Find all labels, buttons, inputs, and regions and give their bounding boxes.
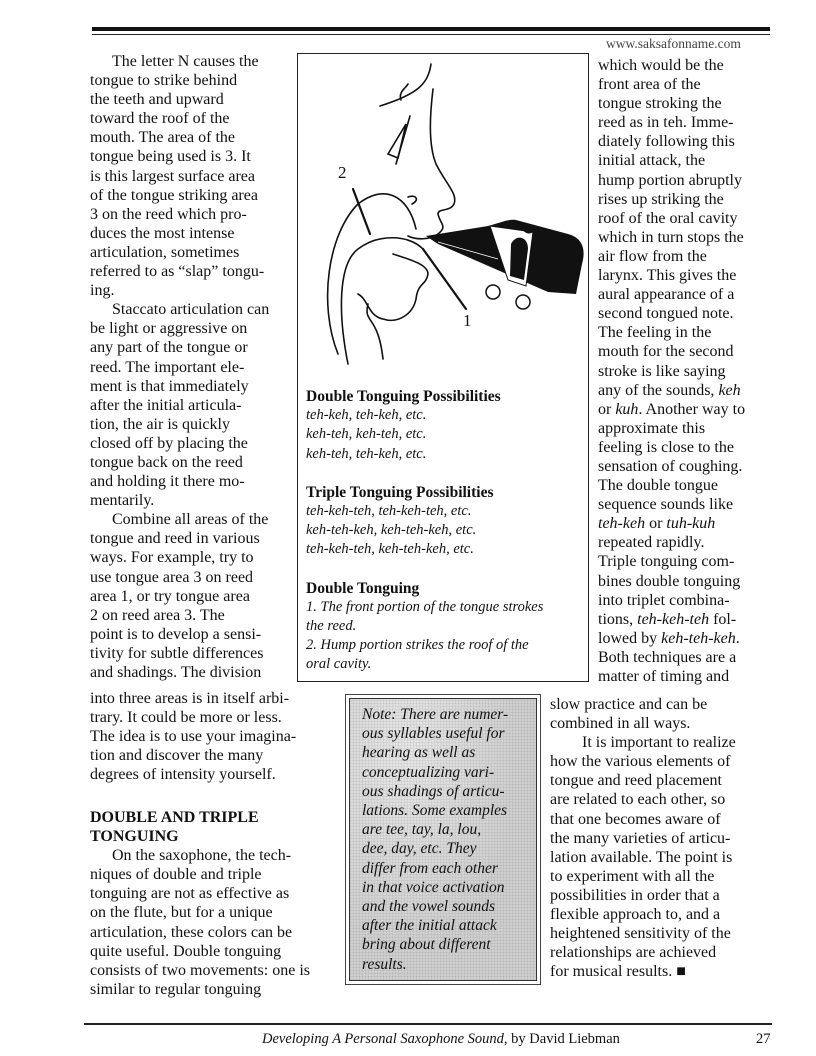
caption-line: teh-keh-teh, teh-keh-teh, etc. (306, 502, 586, 521)
footer-citation: Developing A Personal Saxophone Sound, b… (262, 1031, 620, 1048)
left-column-continued: into three areas is in itself arbi-trary… (90, 689, 340, 784)
text-line: ment is that immediately (90, 378, 249, 395)
label-2: 2 (338, 163, 347, 182)
watermark-url: www.saksafonname.com (606, 36, 741, 52)
text-line: initial attack, the (598, 152, 705, 169)
text-line: dee, day, etc. They (362, 840, 476, 857)
text-line: aural appearance of a (598, 286, 734, 303)
text-line: It is important to realize (582, 734, 736, 751)
paragraph-staccato: Staccato articulation canbe light or agg… (90, 300, 290, 510)
text-line: ous syllables useful for (362, 725, 505, 742)
text-line: tongue being used is 3. It (90, 148, 251, 165)
text-line: trary. It could be more or less. (90, 709, 282, 726)
text-line: is this largest surface area (90, 168, 255, 185)
text-line: The double tongue (598, 477, 718, 494)
left-column: The letter N causes thetongue to strike … (90, 52, 290, 682)
text-line: of the tongue striking area (90, 187, 258, 204)
text-line: after the initial attack (362, 917, 497, 934)
text-line: tongue and reed placement (550, 772, 722, 789)
text-line: Combine all areas of the (112, 511, 268, 528)
caption-line: the reed. (306, 617, 586, 636)
byline: , by David Liebman (504, 1031, 620, 1047)
section-heading: DOUBLE AND TRIPLE TONGUING (90, 808, 345, 846)
text-line: be light or aggressive on (90, 320, 247, 337)
text-line: referred to as “slap” tongu- (90, 263, 264, 280)
text-line: ing. (90, 282, 114, 299)
text-line: heightened sensitivity of the (550, 925, 731, 942)
text-line: tongue stroking the (598, 95, 722, 112)
text-line: bring about different (362, 936, 491, 953)
caption-line: keh-teh, teh-keh, etc. (306, 445, 586, 464)
text-line: tongue to strike behind (90, 72, 237, 89)
paragraph-combine-continued: into three areas is in itself arbi-trary… (90, 689, 340, 784)
text-line: tion, the air is quickly (90, 416, 230, 433)
text-line: and holding it there mo- (90, 473, 245, 490)
text-line: tivity for subtle differences (90, 645, 263, 662)
text-line: Note: There are numer- (362, 706, 508, 723)
paragraph-n-letter: The letter N causes thetongue to strike … (90, 52, 290, 300)
text-line: differ from each other (362, 860, 498, 877)
text-line: Both techniques are a (598, 649, 736, 666)
text-line: point is to develop a sensi- (90, 626, 261, 643)
text-line: slow practice and can be (550, 696, 707, 713)
text-line: approximate this (598, 420, 705, 437)
text-line: air flow from the (598, 248, 707, 265)
text-line: repeated rapidly. (598, 534, 704, 551)
text-line: the many varieties of articu- (550, 830, 730, 847)
caption-line: oral cavity. (306, 655, 586, 674)
text-line: tongue and reed in various (90, 530, 260, 547)
page-number: 27 (756, 1031, 771, 1048)
caption-heading-double-possibilities: Double Tonguing Possibilities (306, 387, 586, 406)
paragraph-realize: It is important to realizehow the variou… (550, 733, 775, 981)
text-line: the teeth and upward (90, 91, 224, 108)
text-line: tonguing are not as effective as (90, 885, 289, 902)
caption-line: keh-teh, keh-teh, etc. (306, 425, 586, 444)
text-line: Triple tonguing com- (598, 553, 734, 570)
text-line: in that voice activation (362, 879, 504, 896)
text-line: 2 on reed area 3. The (90, 607, 225, 624)
text-line: degrees of intensity yourself. (90, 766, 276, 783)
text-line: area 1, or try tongue area (90, 588, 250, 605)
caption-line: teh-keh-teh, keh-teh-keh, etc. (306, 540, 586, 559)
text-line: relationships are achieved (550, 944, 716, 961)
figure-caption: Double Tonguing Possibilities teh-keh, t… (306, 387, 586, 675)
text-line: mentarily. (90, 492, 154, 509)
right-column-bottom: slow practice and can becombined in all … (550, 695, 775, 981)
text-line: niques of double and triple (90, 866, 262, 883)
caption-heading-double-tonguing: Double Tonguing (306, 579, 586, 598)
caption-line: 1. The front portion of the tongue strok… (306, 598, 586, 617)
text-line: mouth. The area of the (90, 129, 235, 146)
text-line: combined in all ways. (550, 715, 690, 732)
label-1: 1 (463, 311, 472, 330)
caption-line: teh-keh, teh-keh, etc. (306, 406, 586, 425)
text-line: which would be the (598, 57, 724, 74)
paragraph-combine: Combine all areas of thetongue and reed … (90, 510, 290, 682)
text-line: similar to regular tonguing (90, 981, 261, 998)
header-rule-thin (92, 34, 770, 35)
note-text: Note: There are numer-ous syllables usef… (349, 698, 537, 981)
text-line: are related to each other, so (550, 791, 725, 808)
text-line: hump portion abruptly (598, 172, 742, 189)
text-line: The idea is to use your imagina- (90, 728, 296, 745)
text-line: tion and discover the many (90, 747, 263, 764)
right-column: which would be thefront area of thetongu… (598, 56, 776, 686)
text-line: ous shadings of articu- (362, 783, 505, 800)
text-line: and the vowel sounds (362, 898, 495, 915)
text-line: sequence sounds like (598, 496, 733, 513)
text-line: roof of the oral cavity (598, 210, 738, 227)
text-line: front area of the (598, 76, 701, 93)
text-line: which in turn stops the (598, 229, 744, 246)
paragraph-double-tonguing-continued: which would be thefront area of thetongu… (598, 56, 776, 686)
text-line: Staccato articulation can (112, 301, 269, 318)
text-line: after the initial articula- (90, 397, 241, 414)
text-line: how the various elements of (550, 753, 730, 770)
text-line: stroke is like saying (598, 363, 726, 380)
header-rule-thick (92, 27, 770, 31)
text-line: duces the most intense (90, 225, 234, 242)
text-line: conceptualizing vari- (362, 764, 494, 781)
text-line: second tongued note. (598, 305, 734, 322)
text-line: flexible approach to, and a (550, 906, 720, 923)
text-line: closed off by placing the (90, 435, 248, 452)
caption-line: 2. Hump portion strikes the roof of the (306, 636, 586, 655)
paragraph-saxophone: On the saxophone, the tech-niques of dou… (90, 846, 345, 999)
text-line: mouth for the second (598, 343, 734, 360)
text-line: 3 on the reed which pro- (90, 206, 247, 223)
text-line: reed as in teh. Imme- (598, 114, 734, 131)
text-line: matter of timing and (598, 668, 729, 685)
text-line: feeling is close to the (598, 439, 734, 456)
text-line: are tee, tay, la, lou, (362, 821, 481, 838)
text-line: diately following this (598, 133, 735, 150)
text-line: ways. For example, try to (90, 549, 254, 566)
text-line: On the saxophone, the tech- (112, 847, 291, 864)
text-line: lation available. The point is (550, 849, 732, 866)
text-line: into triplet combina- (598, 592, 730, 609)
text-line: articulation, sometimes (90, 244, 239, 261)
paragraph-timing: slow practice and can becombined in all … (550, 695, 775, 733)
text-line: and shadings. The division (90, 664, 261, 681)
text-line: possibilities in order that a (550, 887, 720, 904)
text-line: toward the roof of the (90, 110, 230, 127)
text-line: The feeling in the (598, 324, 711, 341)
figure-box: 2 1 Double Tonguing Possibilities teh-ke… (297, 53, 589, 682)
text-line: quite useful. Double tonguing (90, 943, 281, 960)
text-line: on the flute, but for a unique (90, 904, 273, 921)
caption-heading-triple-possibilities: Triple Tonguing Possibilities (306, 483, 586, 502)
tongue-position-illustration: 2 1 (298, 54, 590, 384)
note-box: Note: There are numer-ous syllables usef… (345, 694, 541, 985)
text-line: larynx. This gives the (598, 267, 736, 284)
text-line: tongue back on the reed (90, 454, 243, 471)
book-title: Developing A Personal Saxophone Sound (262, 1031, 504, 1047)
text-line: sensation of coughing. (598, 458, 742, 475)
text-line: into three areas is in itself arbi- (90, 690, 289, 707)
text-line: hearing as well as (362, 744, 475, 761)
text-line: lations. Some examples (362, 802, 507, 819)
text-line: to experiment with all the (550, 868, 714, 885)
left-column-section: DOUBLE AND TRIPLE TONGUING On the saxoph… (90, 808, 345, 999)
text-line: articulation, these colors can be (90, 924, 292, 941)
text-line: rises up striking the (598, 191, 724, 208)
caption-line: keh-teh-keh, keh-teh-keh, etc. (306, 521, 586, 540)
text-line: that one becomes aware of (550, 811, 721, 828)
text-line: use tongue area 3 on reed (90, 569, 253, 586)
text-line: The letter N causes the (112, 53, 259, 70)
text-line: for musical results. ■ (550, 963, 686, 980)
text-line: bines double tonguing (598, 573, 740, 590)
text-line: results. (362, 956, 407, 973)
text-line: consists of two movements: one is (90, 962, 310, 979)
text-line: any part of the tongue or (90, 339, 248, 356)
footer-rule (84, 1023, 772, 1025)
text-line: reed. The important ele- (90, 359, 244, 376)
